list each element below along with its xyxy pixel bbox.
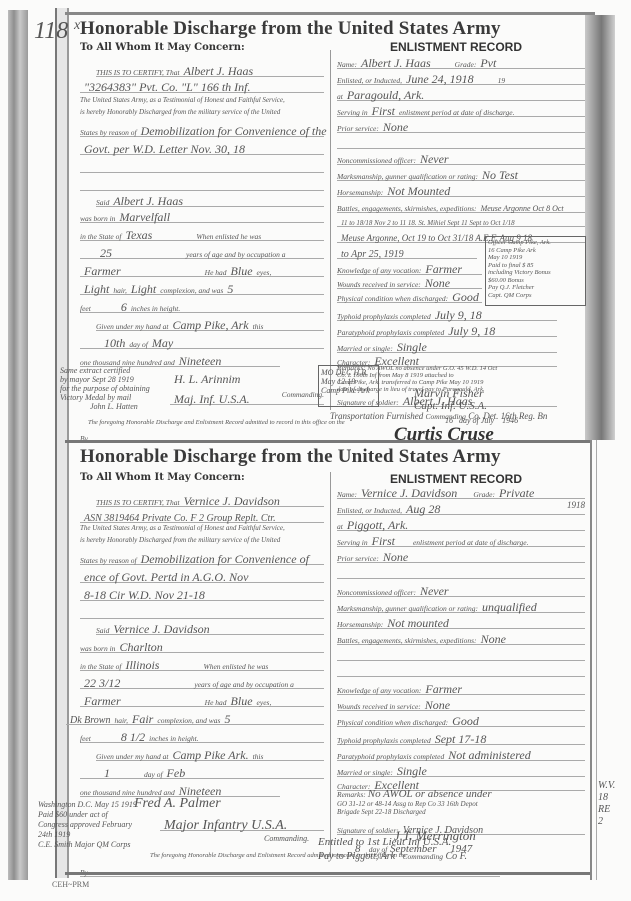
testimonial-text: The United States Army, as a Testimonial… bbox=[80, 96, 285, 105]
er-nco: Never bbox=[420, 584, 449, 598]
er-wounds-row: Wounds received in service:None bbox=[337, 274, 482, 289]
er-battles-row: Battles, engagements, skirmishes, expedi… bbox=[337, 630, 585, 645]
er-knowledge: Farmer bbox=[425, 682, 462, 696]
transport-row: Transportation Furnished Commanding Co. … bbox=[330, 412, 547, 421]
er-prior-row: Prior service:None bbox=[337, 118, 585, 133]
nco-label: Noncommissioned officer: bbox=[337, 588, 416, 597]
complexion: Fair bbox=[132, 712, 153, 726]
blank-row bbox=[337, 646, 585, 661]
when-enlisted-label: When enlisted he was bbox=[203, 662, 268, 671]
born-label: was born in bbox=[80, 214, 115, 223]
er-battles-line: None bbox=[481, 632, 506, 646]
given-at: Camp Pike Ark. bbox=[172, 748, 248, 762]
reason-line-3: 8-18 Cir W.D. Nov 21-18 bbox=[84, 588, 205, 602]
name-label: Name: bbox=[337, 490, 357, 499]
given-label: Given under my hand at bbox=[96, 752, 168, 761]
margin-note: Washington D.C. May 15 1919 Paid $60 und… bbox=[38, 800, 137, 850]
reason-row-3: 8-18 Cir W.D. Nov 21-18 bbox=[80, 586, 324, 601]
feet-label: feet bbox=[80, 734, 91, 743]
appearance-row: Dk Brownhair,Faircomplexion, and was5 bbox=[66, 710, 324, 725]
height-inches: 6 bbox=[121, 300, 127, 314]
marksmanship-label: Marksmanship, gunner qualification or ra… bbox=[337, 172, 478, 181]
reason-line-2: ence of Govt. Pertd in A.G.O. Nov bbox=[84, 570, 248, 584]
er-typhoid: July 9, 18 bbox=[435, 308, 482, 322]
hair-label: hair, bbox=[113, 286, 127, 295]
years-label: years of age and by occupation a bbox=[186, 250, 286, 259]
note-line: Victory Medal by mail bbox=[60, 393, 150, 402]
commander-title-row: Major Infantry U.S.A. bbox=[160, 816, 324, 831]
er-remarks: Remarks: No AWOL or absence under GO 31-… bbox=[337, 790, 492, 817]
complexion: Light bbox=[131, 282, 156, 296]
eyes-label: eyes, bbox=[257, 698, 272, 707]
er-marksmanship-row: Marksmanship, gunner qualification or ra… bbox=[337, 598, 585, 613]
er-nco-row: Noncommissioned officer:Never bbox=[337, 582, 585, 597]
height-row: feet8 1/2inches in height. bbox=[80, 728, 324, 743]
at-label: at bbox=[337, 522, 343, 531]
occupation-row: FarmerHe hadBlueeyes, bbox=[80, 692, 324, 707]
pay-line: Paid to final $ 85 bbox=[488, 262, 583, 270]
reason-line-1: Demobilization for Convenience of the bbox=[141, 124, 327, 138]
pay-line: Officer Camp Pike, Ark. bbox=[488, 239, 583, 247]
pay-line: May 10 1919 bbox=[488, 254, 583, 262]
blank-row bbox=[80, 158, 324, 173]
top-border-rule bbox=[65, 12, 595, 15]
testimonial-text: The United States Army, as a Testimonial… bbox=[80, 524, 285, 533]
remarks-line: No AWOL or absence under bbox=[368, 788, 492, 800]
title-right: the United States Army bbox=[307, 446, 501, 467]
enlisted-label: Enlisted, or Inducted, bbox=[337, 76, 402, 85]
given-at: Camp Pike, Ark bbox=[172, 318, 248, 332]
note-line: for the purpose of obtaining bbox=[60, 384, 150, 393]
height-feet: 5 bbox=[227, 282, 233, 296]
stamp-line: MO DEC H.R. bbox=[321, 368, 376, 377]
at-label: at bbox=[337, 92, 343, 101]
to-all-heading: To All Whom It May Concern: bbox=[80, 472, 245, 483]
recorded-text: The foregoing Honorable Discharge and En… bbox=[88, 418, 345, 427]
column-divider bbox=[330, 50, 331, 410]
right-page-shadow bbox=[585, 15, 615, 440]
occupation: Farmer bbox=[84, 694, 121, 708]
er-battles-row-2: 11 to 18/18 Nov 2 to 11 18. St. Mihiel S… bbox=[337, 212, 585, 227]
commander-name: H. L. Arinnim bbox=[174, 372, 240, 386]
travel-pay: Pay to Piggott, Ark bbox=[318, 851, 395, 862]
blank-row bbox=[80, 176, 324, 191]
er-knowledge-row: Knowledge of any vocation:Farmer bbox=[337, 260, 482, 275]
paratyphoid-label: Paratyphoid prophylaxis completed bbox=[337, 328, 444, 337]
height-feet: 5 bbox=[224, 712, 230, 726]
er-married-row: Married or single:Single bbox=[337, 762, 585, 777]
er-at-row: atParagould, Ark. bbox=[337, 86, 585, 101]
er-knowledge-row: Knowledge of any vocation:Farmer bbox=[337, 680, 585, 695]
state-row: in the State ofTexasWhen enlisted he was bbox=[80, 226, 324, 241]
er-marksmanship: unqualified bbox=[482, 600, 537, 614]
er-prior: None bbox=[383, 550, 408, 564]
eye-color: Blue bbox=[231, 694, 253, 708]
er-officer-signature: Marvin Fisher bbox=[414, 386, 484, 401]
soldier-name: Albert J. Haas bbox=[184, 64, 254, 78]
transportation: Transportation Furnished bbox=[330, 411, 423, 421]
commander-title: Maj. Inf. U.S.A. bbox=[174, 392, 250, 406]
period-label: enlistment period at date of discharge. bbox=[399, 108, 515, 117]
pay-line: Capt. QM Corps bbox=[488, 292, 583, 300]
grade-label: Grade: bbox=[473, 490, 495, 499]
er-horsemanship-row: Horsemanship:Not mounted bbox=[337, 614, 585, 629]
when-enlisted-label: When enlisted he was bbox=[196, 232, 261, 241]
commander-title-row: Maj. Inf. U.S.A.Commanding. bbox=[170, 390, 324, 405]
born-row: was born inMarvelfall bbox=[80, 208, 324, 223]
blank-row bbox=[80, 604, 324, 619]
reason-row: States by reason ofDemobilization for Co… bbox=[80, 550, 324, 565]
pay-box: Officer Camp Pike, Ark. 16 Camp Pike Ark… bbox=[485, 236, 586, 306]
discharged-text: is hereby Honorably Discharged from the … bbox=[80, 536, 280, 545]
complexion-label: complexion, and was bbox=[157, 716, 220, 725]
name-label: Name: bbox=[337, 60, 357, 69]
commander-name: Fred A. Palmer bbox=[134, 796, 221, 812]
spacer bbox=[337, 228, 482, 242]
margin-line: RE bbox=[598, 804, 615, 816]
hair-color: Light bbox=[84, 282, 109, 296]
given-row: Given under my hand atCamp Pike Ark.this bbox=[96, 746, 324, 761]
year-row: one thousand nine hundred andNineteen bbox=[80, 352, 280, 367]
er-physical-row: Physical condition when discharged:Good bbox=[337, 712, 585, 727]
day-of-label: day of bbox=[144, 770, 163, 779]
reason-row-2: ence of Govt. Pertd in A.G.O. Nov bbox=[80, 568, 324, 583]
eyes-label: eyes, bbox=[257, 268, 272, 277]
er-marksmanship: No Test bbox=[482, 168, 518, 182]
blank-row bbox=[337, 564, 585, 579]
er-enlisted-date: Aug 28 bbox=[406, 502, 440, 516]
er-battles-row: Battles, engagements, skirmishes, expedi… bbox=[337, 198, 585, 213]
er-battles-line: to Apr 25, 1919 bbox=[341, 249, 404, 260]
note-line: John L. Hatten bbox=[90, 402, 150, 411]
grade-label: Grade: bbox=[455, 60, 477, 69]
reason-label: States by reason of bbox=[80, 128, 137, 137]
inches-label: inches in height. bbox=[149, 734, 198, 743]
birthplace: Marvelfall bbox=[119, 210, 170, 224]
er-horsemanship: Not mounted bbox=[387, 616, 449, 630]
note-line: 24th 1919 bbox=[38, 830, 137, 840]
er-at: Paragould, Ark. bbox=[347, 88, 424, 102]
er-enlisted-row: Enlisted, or Inducted,Aug 281918 bbox=[337, 500, 585, 515]
birthplace: Charlton bbox=[119, 640, 162, 654]
hair-label: hair, bbox=[114, 716, 128, 725]
years-label: years of age and by occupation a bbox=[194, 680, 294, 689]
age: 22 3/12 bbox=[84, 676, 120, 690]
margin-line: 18 bbox=[598, 792, 615, 804]
er-name: Albert J. Haas bbox=[361, 56, 431, 70]
remarks-line: Brigade Sept 22-18 Discharged bbox=[337, 808, 492, 817]
year-row: one thousand nine hundred andNineteen bbox=[80, 782, 280, 797]
stamp-line: May 12 19 bbox=[321, 377, 376, 386]
margin-number: 118 bbox=[34, 18, 68, 45]
column-divider bbox=[330, 472, 331, 857]
period-label: enlistment period at date of discharge. bbox=[413, 538, 529, 547]
typhoid-label: Typhoid prophylaxis completed bbox=[337, 736, 431, 745]
er-name: Vernice J. Davidson bbox=[361, 486, 457, 500]
stamp-line: Camp Pike Ark bbox=[321, 386, 376, 395]
certificate-title: Honorable Discharge from the United Stat… bbox=[80, 18, 501, 40]
er-typhoid: Sept 17-18 bbox=[435, 732, 487, 746]
er-serving: First bbox=[372, 104, 395, 118]
er-year-suffix: 1918 bbox=[567, 500, 585, 510]
typhoid-label: Typhoid prophylaxis completed bbox=[337, 312, 431, 321]
remarks-label: Remarks: bbox=[337, 790, 366, 799]
prior-label: Prior service: bbox=[337, 124, 379, 133]
horsemanship-label: Horsemanship: bbox=[337, 620, 383, 629]
day: 10th bbox=[104, 336, 125, 350]
given-row: Given under my hand atCamp Pike, Arkthis bbox=[96, 316, 324, 331]
er-nco: Never bbox=[420, 152, 449, 166]
right-margin-note: W.V. 18 RE 2 bbox=[598, 780, 615, 828]
note-line: Same extract certified bbox=[60, 366, 150, 375]
state-label: in the State of bbox=[80, 232, 121, 241]
reason-row: States by reason ofDemobilization for Co… bbox=[80, 122, 324, 137]
day: 1 bbox=[104, 766, 110, 780]
occupation: Farmer bbox=[84, 264, 121, 278]
serial-unit: ASN 3819464 Private Co. F 2 Group Replt.… bbox=[84, 513, 276, 524]
title-right: the United States Army bbox=[307, 18, 501, 39]
reason-line-1: Demobilization for Convenience of bbox=[141, 552, 309, 566]
received-stamp: MO DEC H.R. May 12 19 Camp Pike Ark bbox=[318, 365, 379, 407]
er-prior-row: Prior service:None bbox=[337, 548, 585, 563]
this-label: this bbox=[253, 322, 264, 331]
er-battles-row-4: to Apr 25, 1919 bbox=[337, 244, 477, 259]
er-paratyphoid: Not administered bbox=[448, 748, 531, 762]
serving-label: Serving in bbox=[337, 108, 368, 117]
month: May bbox=[152, 336, 173, 350]
er-year-suffix: 19 bbox=[498, 76, 506, 85]
birth-state: Illinois bbox=[125, 658, 159, 672]
horsemanship-label: Horsemanship: bbox=[337, 188, 383, 197]
er-travel-row: Pay to Piggott, Ark Commanding Co F. bbox=[318, 852, 467, 861]
serial-row: ASN 3819464 Private Co. F 2 Group Replt.… bbox=[80, 508, 324, 523]
reason-line-2: Govt. per W.D. Letter Nov. 30, 18 bbox=[84, 142, 245, 156]
blank-row bbox=[337, 662, 585, 677]
er-physical: Good bbox=[452, 714, 479, 728]
left-border-rule bbox=[55, 8, 69, 878]
title-left: Honorable Discharge from bbox=[80, 18, 302, 39]
nco-label: Noncommissioned officer: bbox=[337, 156, 416, 165]
certify-label: THIS IS TO CERTIFY, That bbox=[96, 498, 180, 507]
right-border-rule bbox=[590, 440, 597, 880]
pay-line: $60.00 Bonus bbox=[488, 277, 583, 285]
said-row: SaidVernice J. Davidson bbox=[96, 620, 324, 635]
appearance-row: Lighthair,Lightcomplexion, and was5 bbox=[80, 280, 324, 295]
he-had-label: He had bbox=[205, 268, 227, 277]
paratyphoid-label: Paratyphoid prophylaxis completed bbox=[337, 752, 444, 761]
blank-row bbox=[337, 134, 585, 149]
er-nco-row: Noncommissioned officer:Never bbox=[337, 150, 585, 165]
er-physical: Good bbox=[452, 290, 479, 304]
er-at-row: atPiggott, Ark. bbox=[337, 516, 585, 531]
er-typhoid-row: Typhoid prophylaxis completedJuly 9, 18 bbox=[337, 306, 557, 321]
er-grade: Private bbox=[499, 486, 534, 500]
commanding-label: Commanding. bbox=[264, 834, 309, 843]
er-enlisted-date: June 24, 1918 bbox=[406, 72, 474, 86]
pay-line: 16 Camp Pike Ark bbox=[488, 247, 583, 255]
er-prior: None bbox=[383, 120, 408, 134]
certify-row: THIS IS TO CERTIFY, ThatAlbert J. Haas bbox=[96, 62, 324, 77]
note-line: Washington D.C. May 15 1919 bbox=[38, 800, 137, 810]
pay-line: Pay Q.J. Fletcher bbox=[488, 284, 583, 292]
er-serving-row: Serving inFirstenlistment period at date… bbox=[337, 102, 585, 117]
discharged-text: is hereby Honorably Discharged from the … bbox=[80, 108, 280, 117]
age-row: 22 3/12years of age and by occupation a bbox=[80, 674, 324, 689]
physical-label: Physical condition when discharged: bbox=[337, 294, 448, 303]
complexion-label: complexion, and was bbox=[160, 286, 223, 295]
er-enlisted-row: Enlisted, or Inducted,June 24, 191819 bbox=[337, 70, 585, 85]
soldier-name: Vernice J. Davidson bbox=[184, 494, 280, 508]
physical-label: Physical condition when discharged: bbox=[337, 718, 448, 727]
er-grade: Pvt bbox=[480, 56, 496, 70]
said-label: Said bbox=[96, 626, 109, 635]
er-horsemanship-row: Horsemanship:Not Mounted bbox=[337, 182, 585, 197]
said-name: Albert J. Haas bbox=[113, 194, 183, 208]
er-at: Piggott, Ark. bbox=[347, 518, 408, 532]
marksmanship-label: Marksmanship, gunner qualification or ra… bbox=[337, 604, 478, 613]
remarks-line: GO 31-12 or 48-14 Assg to Rep Co 33 16th… bbox=[337, 800, 492, 809]
said-row: SaidAlbert J. Haas bbox=[96, 192, 324, 207]
entitled: Entitled to bbox=[318, 836, 364, 848]
to-all-heading: To All Whom It May Concern: bbox=[80, 42, 245, 53]
prior-label: Prior service: bbox=[337, 554, 379, 563]
inches-label: inches in height. bbox=[131, 304, 180, 313]
given-label: Given under my hand at bbox=[96, 322, 168, 331]
title-left: Honorable Discharge from bbox=[80, 446, 302, 467]
er-battles-line: 11 to 18/18 Nov 2 to 11 18. St. Mihiel S… bbox=[341, 219, 515, 227]
left-binding-edge bbox=[8, 10, 28, 880]
feet-label: feet bbox=[80, 304, 91, 313]
er-married-row: Married or single:Single bbox=[337, 338, 557, 353]
er-physical-row: Physical condition when discharged:Good bbox=[337, 288, 482, 303]
signature-label: Signature of soldier: bbox=[337, 826, 399, 835]
note-line: Congress approved February bbox=[38, 820, 137, 830]
er-serving: First bbox=[372, 534, 395, 548]
er-wounds: None bbox=[425, 698, 450, 712]
serial-row: "3264383" Pvt. Co. "L" 166 th Inf. bbox=[80, 78, 324, 93]
certify-row: THIS IS TO CERTIFY, ThatVernice J. David… bbox=[96, 492, 324, 507]
margin-note: Same extract certified by mayor Sept 28 … bbox=[60, 366, 150, 411]
state-row: in the State ofIllinoisWhen enlisted he … bbox=[80, 656, 324, 671]
er-commanding: Co. Det. 16th Reg. Bn bbox=[468, 411, 547, 421]
note-line: C.E. Smith Major QM Corps bbox=[38, 840, 137, 850]
year-word: Nineteen bbox=[179, 354, 222, 368]
height-row: feet6inches in height. bbox=[80, 298, 324, 313]
margin-line: 2 bbox=[598, 816, 615, 828]
er-paratyphoid: July 9, 18 bbox=[448, 324, 495, 338]
er-name-row: Name:Vernice J. DavidsonGrade:Private bbox=[337, 484, 585, 499]
said-name: Vernice J. Davidson bbox=[113, 622, 209, 636]
age: 25 bbox=[100, 246, 112, 260]
certificate-separator bbox=[65, 440, 590, 443]
eye-color: Blue bbox=[231, 264, 253, 278]
certify-label: THIS IS TO CERTIFY, That bbox=[96, 68, 180, 77]
occupation-row: FarmerHe hadBlueeyes, bbox=[80, 262, 324, 277]
remarks-line: No AWOL no absence under G.O. 45 W.D. 14… bbox=[367, 365, 497, 372]
age-row: 25years of age and by occupation a bbox=[80, 244, 324, 259]
er-entitled-row: Entitled to 1st Lieut Inf U.S.A. bbox=[318, 838, 451, 847]
margin-line: W.V. bbox=[598, 780, 615, 792]
er-name-row: Name:Albert J. HaasGrade:Pvt bbox=[337, 54, 585, 69]
day-of-label: day of bbox=[129, 340, 148, 349]
state-label: in the State of bbox=[80, 662, 121, 671]
he-had-label: He had bbox=[205, 698, 227, 707]
reason-label: States by reason of bbox=[80, 556, 137, 565]
this-label: this bbox=[253, 752, 264, 761]
commander-title: Major Infantry U.S.A. bbox=[164, 818, 287, 833]
reason-row-2: Govt. per W.D. Letter Nov. 30, 18 bbox=[80, 140, 324, 155]
er-serving-row: Serving inFirstenlistment period at date… bbox=[337, 532, 585, 547]
bottom-border-rule bbox=[65, 872, 590, 875]
certificate-title: Honorable Discharge from the United Stat… bbox=[80, 446, 501, 468]
er-paratyphoid-row: Paratyphoid prophylaxis completedNot adm… bbox=[337, 746, 585, 761]
er-commanding: Co F. bbox=[445, 851, 467, 862]
serial-unit: "3264383" Pvt. Co. "L" 166 th Inf. bbox=[84, 80, 251, 94]
wounds-label: Wounds received in service: bbox=[337, 702, 421, 711]
hair-color: Dk Brown bbox=[70, 715, 110, 726]
height-inches: 8 1/2 bbox=[121, 730, 145, 744]
er-wounds-row: Wounds received in service:None bbox=[337, 696, 585, 711]
er-paratyphoid-row: Paratyphoid prophylaxis completedJuly 9,… bbox=[337, 322, 557, 337]
er-officer-title: 1st Lieut Inf U.S.A. bbox=[367, 836, 451, 848]
pay-line: including Victory Bonus bbox=[488, 269, 583, 277]
serving-label: Serving in bbox=[337, 538, 368, 547]
born-label: was born in bbox=[80, 644, 115, 653]
commanding-label: Commanding bbox=[403, 852, 443, 861]
day-row: 10thday ofMay bbox=[80, 334, 324, 349]
footer-label: CEH~PRM bbox=[52, 880, 89, 889]
note-line: Paid $60 under act of bbox=[38, 810, 137, 820]
said-label: Said bbox=[96, 198, 109, 207]
born-row: was born inCharlton bbox=[80, 638, 324, 653]
er-typhoid-row: Typhoid prophylaxis completedSept 17-18 bbox=[337, 730, 585, 745]
commander-row: H. L. Arinnim bbox=[170, 370, 324, 384]
enlisted-label: Enlisted, or Inducted, bbox=[337, 506, 402, 515]
knowledge-label: Knowledge of any vocation: bbox=[337, 686, 421, 695]
note-line: by mayor Sept 28 1919 bbox=[60, 375, 150, 384]
er-marksmanship-row: Marksmanship, gunner qualification or ra… bbox=[337, 166, 585, 181]
commanding-label: Commanding bbox=[426, 412, 466, 421]
enlistment-record-title: ENLISTMENT RECORD bbox=[390, 40, 522, 54]
er-horsemanship: Not Mounted bbox=[387, 184, 450, 198]
day-row: 1day ofFeb bbox=[80, 764, 324, 779]
birth-state: Texas bbox=[125, 228, 152, 242]
battles-label: Battles, engagements, skirmishes, expedi… bbox=[337, 636, 477, 645]
scanned-document: 118 x Honorable Discharge from the Unite… bbox=[0, 0, 631, 901]
month: Feb bbox=[167, 766, 186, 780]
